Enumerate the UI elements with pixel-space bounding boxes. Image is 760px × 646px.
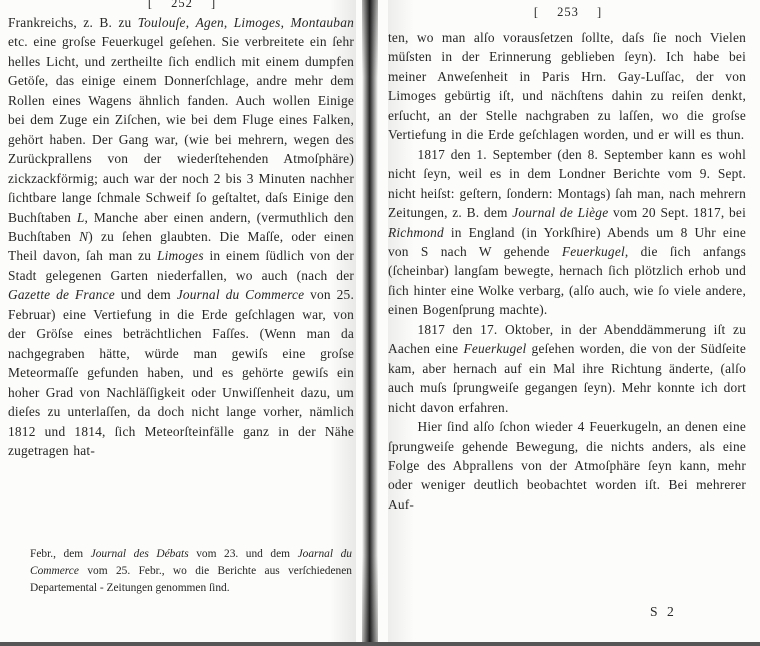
- italic-text: Montauban: [290, 15, 354, 30]
- body-text: Febr., dem: [30, 548, 91, 560]
- body-text: und dem: [115, 287, 177, 302]
- body-text: ten, wo man alſo vorausſetzen ſollte, da…: [388, 30, 746, 142]
- left-page: [ 252 ] Frankreichs, z. B. zu Toulouſe, …: [8, 0, 356, 642]
- left-page-number: [ 252 ]: [8, 0, 356, 9]
- italic-text: Limoges: [234, 15, 281, 30]
- paragraph: 1817 den 17. Oktober, in der Abenddämmer…: [388, 320, 746, 417]
- italic-text: Agen: [196, 15, 224, 30]
- italic-text: Journal du Commerce: [177, 287, 305, 302]
- italic-text: Gazette de France: [8, 287, 115, 302]
- italic-text: Feuerkugel: [463, 341, 526, 356]
- italic-text: Feuerkugel: [562, 244, 625, 259]
- paragraph: ten, wo man alſo vorausſetzen ſollte, da…: [388, 28, 746, 145]
- paragraph: Febr., dem Journal des Débats vom 23. un…: [30, 546, 352, 596]
- body-text: vom 20 Sept. 1817, bei: [608, 205, 746, 220]
- left-page-body: Frankreichs, z. B. zu Toulouſe, Agen, Li…: [8, 13, 354, 460]
- signature-mark: S 2: [650, 604, 677, 620]
- italic-text: Richmond: [388, 225, 444, 240]
- paragraph: 1817 den 1. September (den 8. September …: [388, 145, 746, 320]
- body-text: vom 25. Febr., wo die Berichte aus verſc…: [30, 565, 352, 594]
- body-text: ,: [281, 15, 291, 30]
- body-text: Hier ſind alſo ſchon wieder 4 Feuerkugel…: [388, 419, 746, 512]
- italic-text: L: [77, 210, 85, 225]
- italic-text: Toulouſe: [138, 15, 186, 30]
- paragraph: Hier ſind alſo ſchon wieder 4 Feuerkugel…: [388, 417, 746, 514]
- binding-gutter-shadow: [362, 0, 378, 646]
- body-text: von 25. Februar) eine Vertiefung in die …: [8, 287, 354, 458]
- body-text: Frankreichs, z. B. zu: [8, 15, 138, 30]
- scan-bottom-edge: [0, 642, 760, 646]
- left-page-footnote: Febr., dem Journal des Débats vom 23. un…: [30, 546, 352, 596]
- right-page-body: ten, wo man alſo vorausſetzen ſollte, da…: [388, 28, 746, 514]
- italic-text: Journal des Débats: [91, 548, 189, 560]
- body-text: ,: [224, 15, 234, 30]
- body-text: ,: [186, 15, 196, 30]
- italic-text: Limoges: [157, 248, 204, 263]
- body-text: vom 23. und dem: [189, 548, 298, 560]
- paragraph: Frankreichs, z. B. zu Toulouſe, Agen, Li…: [8, 13, 354, 460]
- body-text: etc. eine groſse Feuerkugel geſehen. Sie…: [8, 34, 354, 224]
- italic-text: N: [79, 229, 88, 244]
- italic-text: Journal de Liège: [512, 205, 608, 220]
- right-page: [ 253 ] ten, wo man alſo vorausſetzen ſo…: [388, 0, 748, 642]
- right-page-number: [ 253 ]: [388, 5, 748, 18]
